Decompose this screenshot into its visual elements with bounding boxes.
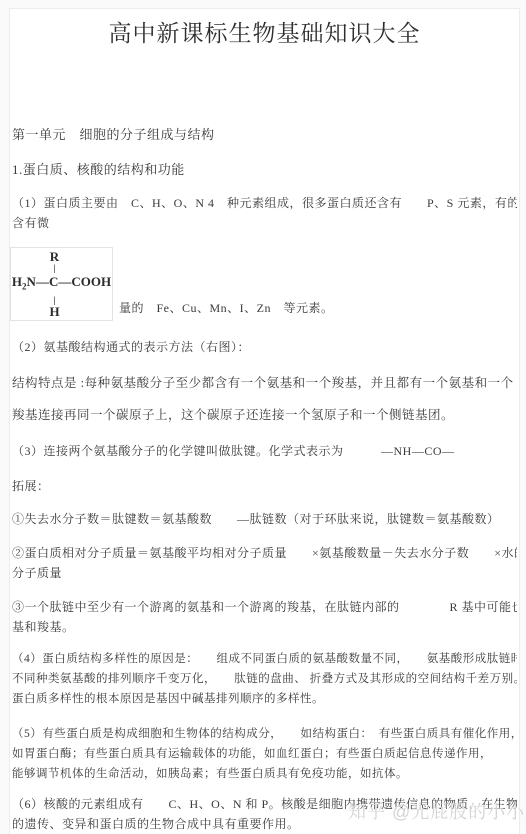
paragraph-2-heading: （2）氨基酸结构通式的表示方法（右图）：: [12, 337, 517, 357]
carboxyl-group: COOH: [71, 274, 111, 289]
page-background: { "page": { "canvas_bg": "#fafafa", "pap…: [0, 0, 526, 834]
text-line: 结构特点是 :每种氨基酸分子至少都含有一个氨基和一个羧基，并且都有一个氨基和一个: [12, 367, 517, 399]
paragraph-6: （6）核酸的元素组成有 C、H、O、N 和 P。核酸是细胞内携带遗传信息的物质，…: [12, 794, 517, 834]
expand-item-2: ②蛋白质相对分子质量＝氨基酸平均相对分子质量 ×氨基酸数量－失去水分子数 ×水的…: [12, 543, 517, 583]
expand-item-3: ③一个肽链中至少有一个游离的氨基和一个游离的羧基，在肽链内部的 R 基中可能也有…: [12, 597, 517, 637]
hydrogen-label: H: [4, 305, 105, 319]
paragraph-3: （3）连接两个氨基酸分子的化学键叫做肽键。化学式表示为 —NH—CO—: [12, 441, 517, 461]
page-title: 高中新课标生物基础知识大全: [10, 19, 519, 49]
paragraph-5: （5）有些蛋白质是构成细胞和生物体的结构成分， 如结构蛋白： 有些蛋白质具有催化…: [12, 724, 517, 784]
text-line: 分子质量: [12, 563, 517, 583]
paragraph-2: 结构特点是 :每种氨基酸分子至少都含有一个氨基和一个羧基，并且都有一个氨基和一个…: [12, 367, 517, 431]
text-line: 不同种类氨基酸的排列顺序千变万化， 肽链的盘曲、 折叠方式及其形成的空间结构千差…: [12, 669, 517, 689]
text-line: （4）蛋白质结构多样性的原因是： 组成不同蛋白质的氨基酸数量不同， 氨基酸形成肽…: [12, 649, 517, 669]
text-line: 蛋白质多样性的根本原因是基因中碱基排列顺序的多样性。: [12, 689, 517, 709]
expand-label: 拓展：: [12, 476, 517, 496]
paragraph-1: （1）蛋白质主要由 C、H、O、N 4 种元素组成，很多蛋白质还含有 P、S 元…: [12, 193, 517, 233]
amine-n: N: [27, 274, 36, 289]
bond-line-top: |: [4, 264, 105, 273]
trace-elements-line: 量的 Fe、Cu、Mn、I、Zn 等元素。: [119, 298, 517, 318]
text-line: 基和羧基。: [12, 617, 517, 637]
unit-heading: 第一单元 细胞的分子组成与结构: [12, 125, 517, 145]
section-heading: 1.蛋白质、核酸的结构和功能: [12, 160, 517, 180]
amine-group: H: [12, 274, 22, 289]
formula-main-line: H2N—C—COOH: [11, 273, 112, 296]
expand-item-1: ①失去水分子数＝肽键数＝氨基酸数 —肽链数（对于环肽来说，肽键数＝氨基酸数）: [12, 509, 517, 529]
text-line: （5）有些蛋白质是构成细胞和生物体的结构成分， 如结构蛋白： 有些蛋白质具有催化…: [12, 724, 517, 744]
alpha-carbon: C: [49, 274, 58, 289]
text-line: 能够调节机体的生命活动，如胰岛素；有些蛋白质具有免疫功能，如抗体。: [12, 764, 517, 784]
text-line: ③一个肽链中至少有一个游离的氨基和一个游离的羧基，在肽链内部的 R 基中可能也有…: [12, 597, 517, 617]
text-line: （6）核酸的元素组成有 C、H、O、N 和 P。核酸是细胞内携带遗传信息的物质，…: [12, 794, 517, 814]
r-group-label: R: [4, 250, 105, 264]
text-line: 如胃蛋白酶；有些蛋白质具有运输载体的功能，如血红蛋白；有些蛋白质起信息传递作用，: [12, 744, 517, 764]
document-page: 高中新课标生物基础知识大全 第一单元 细胞的分子组成与结构 1.蛋白质、核酸的结…: [9, 8, 520, 834]
paragraph-4: （4）蛋白质结构多样性的原因是： 组成不同蛋白质的氨基酸数量不同， 氨基酸形成肽…: [12, 649, 517, 709]
text-line: 羧基连接再同一个碳原子上，这个碳原子还连接一个氢原子和一个侧链基团。: [12, 399, 517, 431]
text-line: ②蛋白质相对分子质量＝氨基酸平均相对分子质量 ×氨基酸数量－失去水分子数 ×水的…: [12, 543, 517, 563]
text-line: （1）蛋白质主要由 C、H、O、N 4 种元素组成，很多蛋白质还含有 P、S 元…: [12, 193, 517, 213]
text-line: 的遗传、变异和蛋白质的生物合成中具有重要作用。: [12, 814, 517, 834]
amino-acid-formula-figure: R | H2N—C—COOH | H: [10, 247, 113, 321]
text-line: 含有微: [12, 213, 517, 233]
bond-dash-right: —: [58, 274, 71, 289]
bond-dash-left: —: [36, 274, 49, 289]
